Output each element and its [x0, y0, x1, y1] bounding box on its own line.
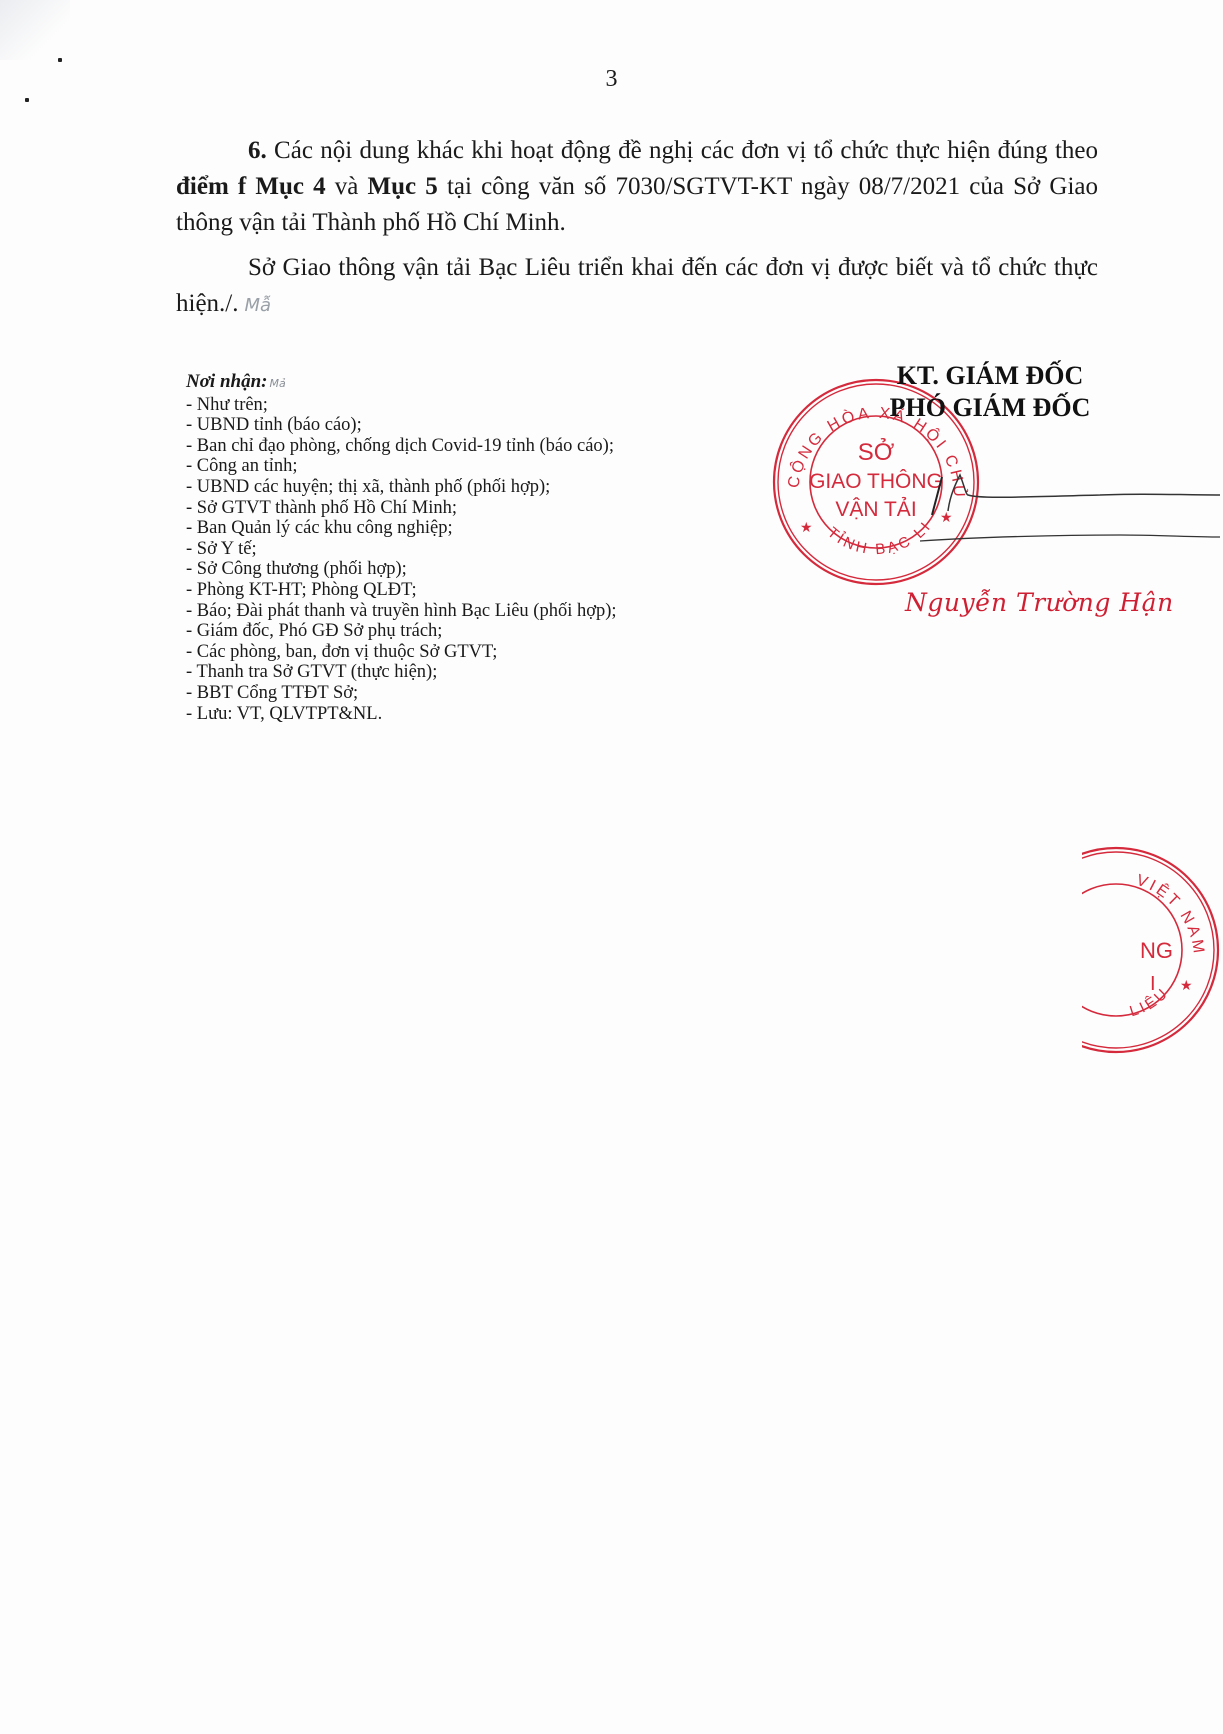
recipients-heading: Nơi nhận:Mả	[186, 372, 617, 395]
svg-text:★: ★	[800, 519, 813, 535]
recipient-item: - Giám đốc, Phó GĐ Sở phụ trách;	[186, 621, 617, 642]
recipient-item: - Sở Y tế;	[186, 539, 617, 560]
closing-paragraph: Sở Giao thông vận tải Bạc Liêu triển kha…	[176, 250, 1098, 324]
svg-text:NG: NG	[1140, 938, 1173, 963]
paragraph-6-number: 6.	[248, 137, 267, 164]
recipient-item: - Công an tỉnh;	[186, 456, 617, 477]
recipient-item: - BBT Cổng TTĐT Sở;	[186, 683, 617, 704]
recipients-block: Nơi nhận:Mả - Như trên;- UBND tỉnh (báo …	[186, 372, 617, 724]
svg-text:SỞ: SỞ	[858, 437, 895, 466]
partial-stamp: VIỆT NAM ★ NG I LIÊU	[1082, 840, 1223, 1060]
scan-speck	[58, 58, 62, 62]
signature-title: KT. GIÁM ĐỐC PHÓ GIÁM ĐỐC	[860, 360, 1120, 424]
recipient-item: - Các phòng, ban, đơn vị thuộc Sở GTVT;	[186, 642, 617, 663]
recipient-list: - Như trên;- UBND tỉnh (báo cáo);- Ban c…	[186, 395, 617, 725]
signer-name: Nguyễn Trường Hận	[905, 588, 1174, 617]
paragraph-6-bold-ref-1: điểm f Mục 4	[176, 173, 326, 200]
recipient-item: - Báo; Đài phát thanh và truyền hình Bạc…	[186, 601, 617, 622]
recipient-item: - Ban Quản lý các khu công nghiệp;	[186, 518, 617, 539]
handwritten-initial: Mẫ	[245, 295, 272, 316]
paragraph-6-text: Các nội dung khác khi hoạt động đề nghị …	[267, 137, 1098, 164]
paragraph-6-bold-ref-2: Mục 5	[368, 173, 438, 200]
recipient-item: - Lưu: VT, QLVTPT&NL.	[186, 704, 617, 725]
recipient-item: - Phòng KT-HT; Phòng QLĐT;	[186, 580, 617, 601]
handwritten-signature-icon	[920, 455, 1220, 555]
handwritten-note: Mả	[269, 377, 285, 390]
recipient-item: - Thanh tra Sở GTVT (thực hiện);	[186, 662, 617, 683]
paragraph-6: 6. Các nội dung khác khi hoạt động đề ng…	[176, 133, 1098, 241]
document-page: 3 6. Các nội dung khác khi hoạt động đề …	[0, 0, 1223, 1734]
closing-text: Sở Giao thông vận tải Bạc Liêu triển kha…	[176, 254, 1098, 317]
recipient-item: - Ban chỉ đạo phòng, chống dịch Covid-19…	[186, 436, 617, 457]
signature-title-line1: KT. GIÁM ĐỐC	[860, 360, 1120, 392]
partial-stamp-icon: VIỆT NAM ★ NG I LIÊU	[1082, 840, 1222, 1060]
recipient-item: - Sở Công thương (phối hợp);	[186, 559, 617, 580]
recipients-heading-label: Nơi nhận:	[186, 371, 267, 392]
scan-shadow	[0, 0, 70, 60]
svg-text:VẬN TẢI: VẬN TẢI	[835, 498, 916, 521]
svg-text:★: ★	[1180, 977, 1193, 993]
recipient-item: - Sở GTVT thành phố Hồ Chí Minh;	[186, 498, 617, 519]
recipient-item: - UBND tỉnh (báo cáo);	[186, 415, 617, 436]
paragraph-6-text: và	[326, 173, 368, 200]
recipient-item: - Như trên;	[186, 395, 617, 416]
scan-speck	[25, 98, 29, 102]
page-number: 3	[0, 66, 1223, 93]
signature-title-line2: PHÓ GIÁM ĐỐC	[860, 392, 1120, 424]
recipient-item: - UBND các huyện; thị xã, thành phố (phố…	[186, 477, 617, 498]
